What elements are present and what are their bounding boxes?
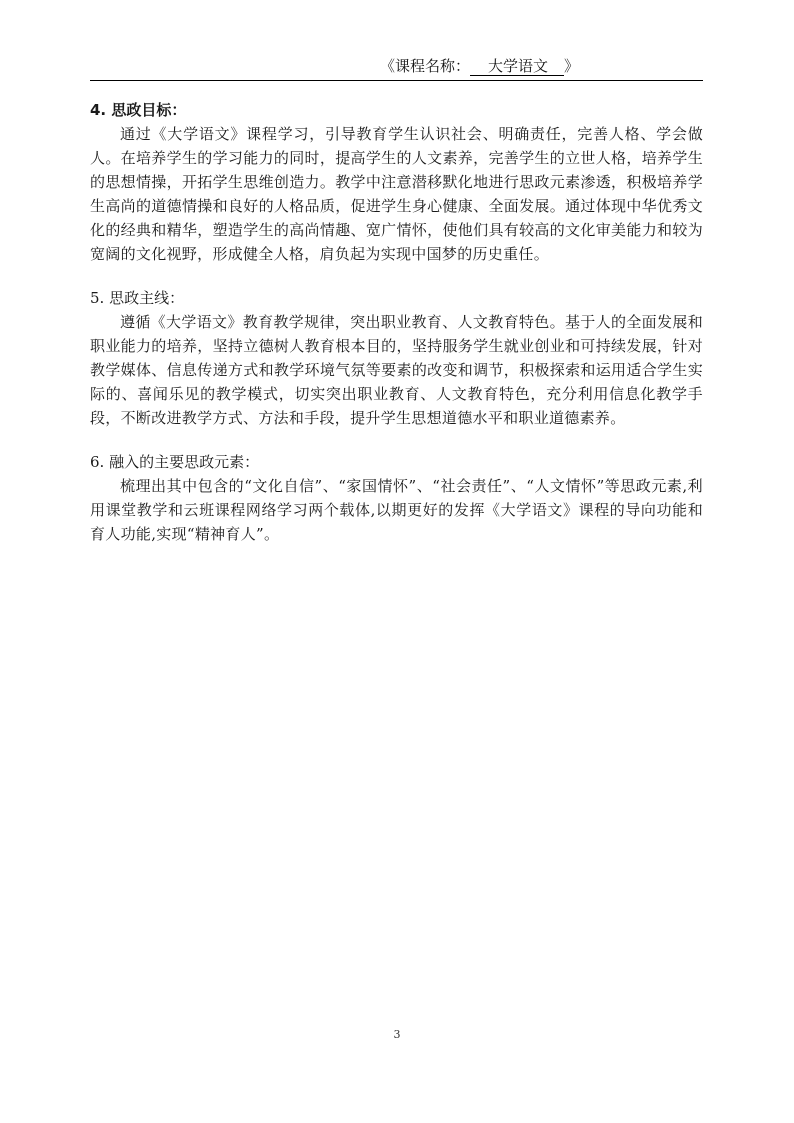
- section-4-paragraph: 通过《大学语文》课程学习，引导教育学生认识社会、明确责任，完善人格、学会做人。在…: [90, 122, 703, 266]
- header-prefix: 《课程名称：: [380, 57, 470, 75]
- course-name-header: 《课程名称：大学语文》: [380, 56, 579, 76]
- spacer: [90, 430, 703, 450]
- page-header: 《课程名称：大学语文》: [90, 56, 703, 81]
- section-5-paragraph: 遵循《大学语文》教育教学规律，突出职业教育、人文教育特色。基于人的全面发展和职业…: [90, 310, 703, 430]
- section-6-paragraph: 梳理出其中包含的“文化自信”、“家国情怀”、“社会责任”、“人文情怀”等思政元素…: [90, 474, 703, 546]
- section-4-title: 4. 思政目标：: [90, 98, 703, 122]
- course-name: 大学语文: [470, 58, 564, 76]
- document-body: 4. 思政目标： 通过《大学语文》课程学习，引导教育学生认识社会、明确责任，完善…: [90, 98, 703, 546]
- page-number: 3: [0, 1028, 794, 1041]
- section-5-title: 5. 思政主线：: [90, 286, 703, 310]
- section-6-title: 6. 融入的主要思政元素：: [90, 450, 703, 474]
- header-suffix: 》: [564, 57, 579, 75]
- spacer: [90, 266, 703, 286]
